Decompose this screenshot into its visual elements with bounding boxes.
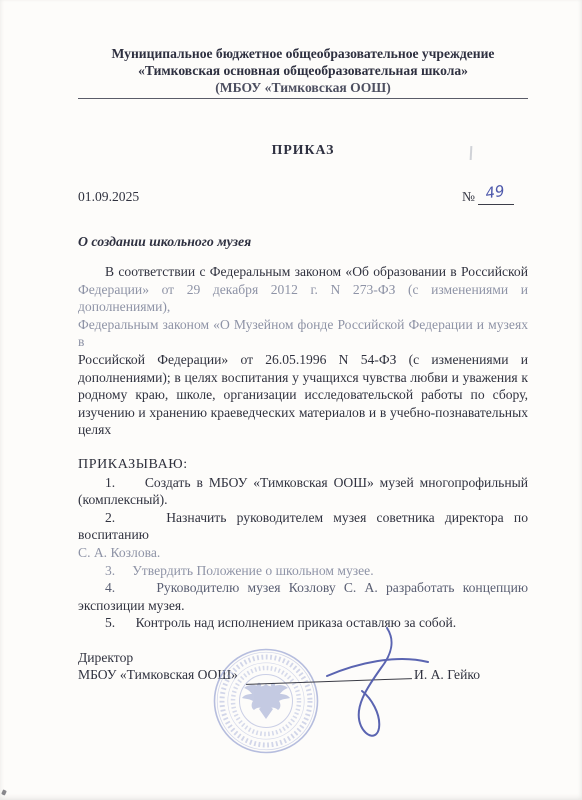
preamble-line: целях xyxy=(78,421,528,439)
decree-line: С. А. Козлова. xyxy=(78,544,528,562)
signatory-name: И. А. Гейко xyxy=(414,667,480,683)
preamble-line: Российской Федерации» от 26.05.1996 N 54… xyxy=(78,351,528,369)
school-header: Муниципальное бюджетное общеобразователь… xyxy=(78,45,528,96)
document-title: ПРИКАЗ xyxy=(78,141,528,158)
header-line-3: (МБОУ «Тимковская ООШ) xyxy=(78,79,528,96)
number-label: № xyxy=(462,189,475,204)
preamble-line: Федеральным законом «О Музейном фонде Ро… xyxy=(78,316,528,351)
decree-line: 5. Контроль над исполнением приказа оста… xyxy=(78,614,528,632)
date-number-row: 01.09.2025 №49 xyxy=(78,187,528,206)
preamble-line: Федерации» от 29 декабря 2012 г. N 273-Ф… xyxy=(78,281,528,316)
decree-line: 3. Утвердить Положение о школьном музее. xyxy=(78,562,528,580)
signature-stroke xyxy=(315,616,435,756)
order-number: №49 xyxy=(462,187,514,206)
decree-line: экспозиции музея. xyxy=(78,597,528,615)
decree-line: 2. Назначить руководителем музея советни… xyxy=(78,509,528,544)
handwritten-number: 49 xyxy=(485,182,507,203)
subject-line: О создании школьного музея xyxy=(78,233,528,250)
signer-role-line-1: Директор xyxy=(78,650,133,666)
header-line-2: «Тимковская основная общеобразовательная… xyxy=(78,62,528,79)
scanned-order-document: Муниципальное бюджетное общеобразователь… xyxy=(0,0,582,800)
preamble-paragraph: В соответствии с Федеральным законом «Об… xyxy=(78,263,528,439)
preamble-line: В соответствии с Федеральным законом «Об… xyxy=(78,263,528,281)
double-headed-eagle-icon xyxy=(242,683,290,719)
preamble-line: изучению и хранению краеведческих матери… xyxy=(78,404,528,422)
header-rule xyxy=(78,98,528,99)
signature-line xyxy=(246,678,412,685)
order-date: 01.09.2025 xyxy=(78,188,139,206)
header-line-1: Муниципальное бюджетное общеобразователь… xyxy=(78,45,528,62)
decree-line: (комплексный). xyxy=(78,491,528,509)
decree-line: 1. Создать в МБОУ «Тимковская ООШ» музей… xyxy=(78,474,528,492)
signer-role-line-2: МБОУ «Тимковская ООШ» xyxy=(78,667,238,683)
scan-speck xyxy=(1,789,7,795)
preamble-line: дополнениями); в целях воспитания у учащ… xyxy=(78,369,528,387)
official-stamp xyxy=(212,647,320,755)
decree-list: 1. Создать в МБОУ «Тимковская ООШ» музей… xyxy=(78,474,528,632)
decree-heading: ПРИКАЗЫВАЮ: xyxy=(78,456,528,474)
decree-line: 4. Руководителю музея Козлову С. А. разр… xyxy=(78,579,528,597)
number-underline: 49 xyxy=(478,187,514,205)
preamble-line: родному краю, школе, организации исследо… xyxy=(78,386,528,404)
